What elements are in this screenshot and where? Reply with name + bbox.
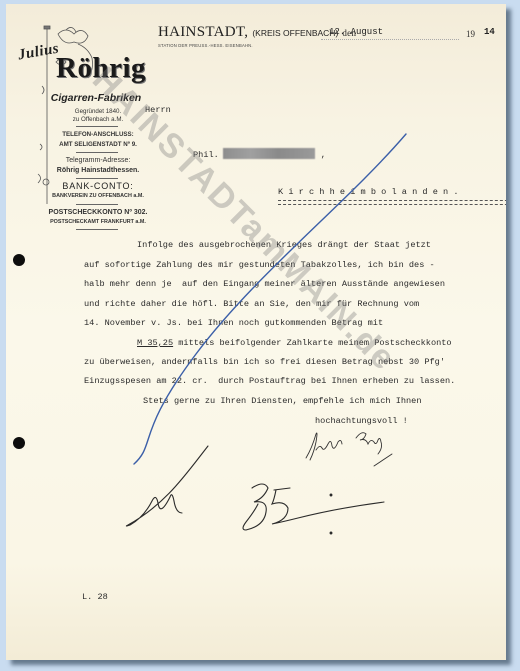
signature-icon xyxy=(306,433,392,466)
letter-page: Julius Röhrig Cigarren-Fabriken Gegründe… xyxy=(6,4,506,660)
blue-pen-stroke-icon xyxy=(134,134,406,464)
handwritten-amount-icon xyxy=(126,446,384,534)
handwriting-overlay xyxy=(6,4,506,660)
